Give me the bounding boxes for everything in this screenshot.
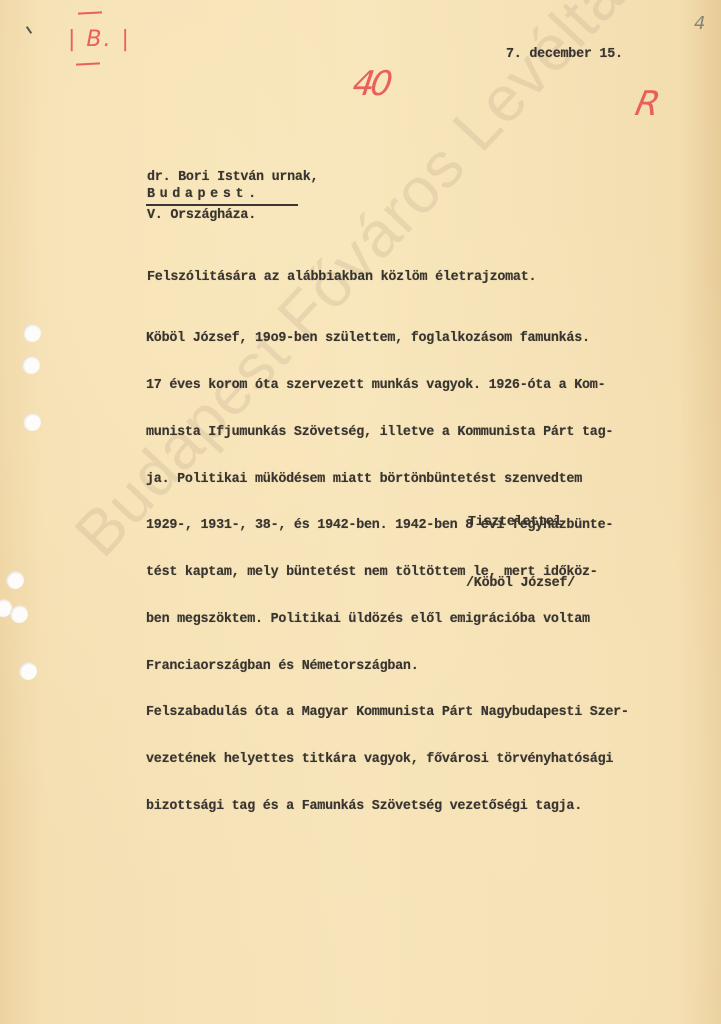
red-page-number: 40 [350,64,391,104]
letter-body: Köböl József, 19o9-ben születtem, foglal… [146,300,629,846]
punch-hole [22,356,40,374]
punch-hole [6,571,24,589]
red-reference-mark: | B. | [68,27,131,52]
body-line: munista Ifjumunkás Szövetség, illetve a … [146,425,629,441]
scanned-document-page: Budapest Főváros Levéltára | B. | 40 R 4… [0,0,721,1024]
pencil-page-number: 4 [694,13,705,34]
red-initial-mark: R [632,84,664,124]
body-line: bizottsági tag és a Famunkás Szövetség v… [146,799,629,815]
letter-closing: Tisztelettel [468,515,561,530]
red-mark-bottom-bar [76,62,100,65]
letter-intro: Felszólitására az alábbiakban közlöm éle… [147,270,536,285]
recipient-name: dr. Bori István urnak, [147,170,318,185]
body-line: ja. Politikai müködésem miatt börtönbünt… [146,472,629,488]
body-line: Köböl József, 19o9-ben születtem, foglal… [146,331,629,347]
punch-hole [23,413,41,431]
recipient-address: V. Országháza. [147,208,256,223]
body-line: vezetének helyettes titkára vagyok, fővá… [146,752,629,768]
body-line: Felszabadulás óta a Magyar Kommunista Pá… [146,705,629,721]
recipient-city: Budapest. [147,187,261,202]
pencil-tick-mark [26,26,32,34]
city-underline [146,204,298,206]
punch-hole [19,662,37,680]
letter-date: 7. december 15. [506,47,623,62]
body-line: 17 éves korom óta szervezett munkás vagy… [146,378,629,394]
body-line: ben megszöktem. Politikai üldözés elől e… [146,612,629,628]
red-mark-top-bar [78,11,102,14]
punch-hole [23,324,41,342]
letter-signature: /Köböl József/ [466,576,575,591]
body-line: Franciaországban és Németországban. [146,659,629,675]
punch-hole [10,605,28,623]
